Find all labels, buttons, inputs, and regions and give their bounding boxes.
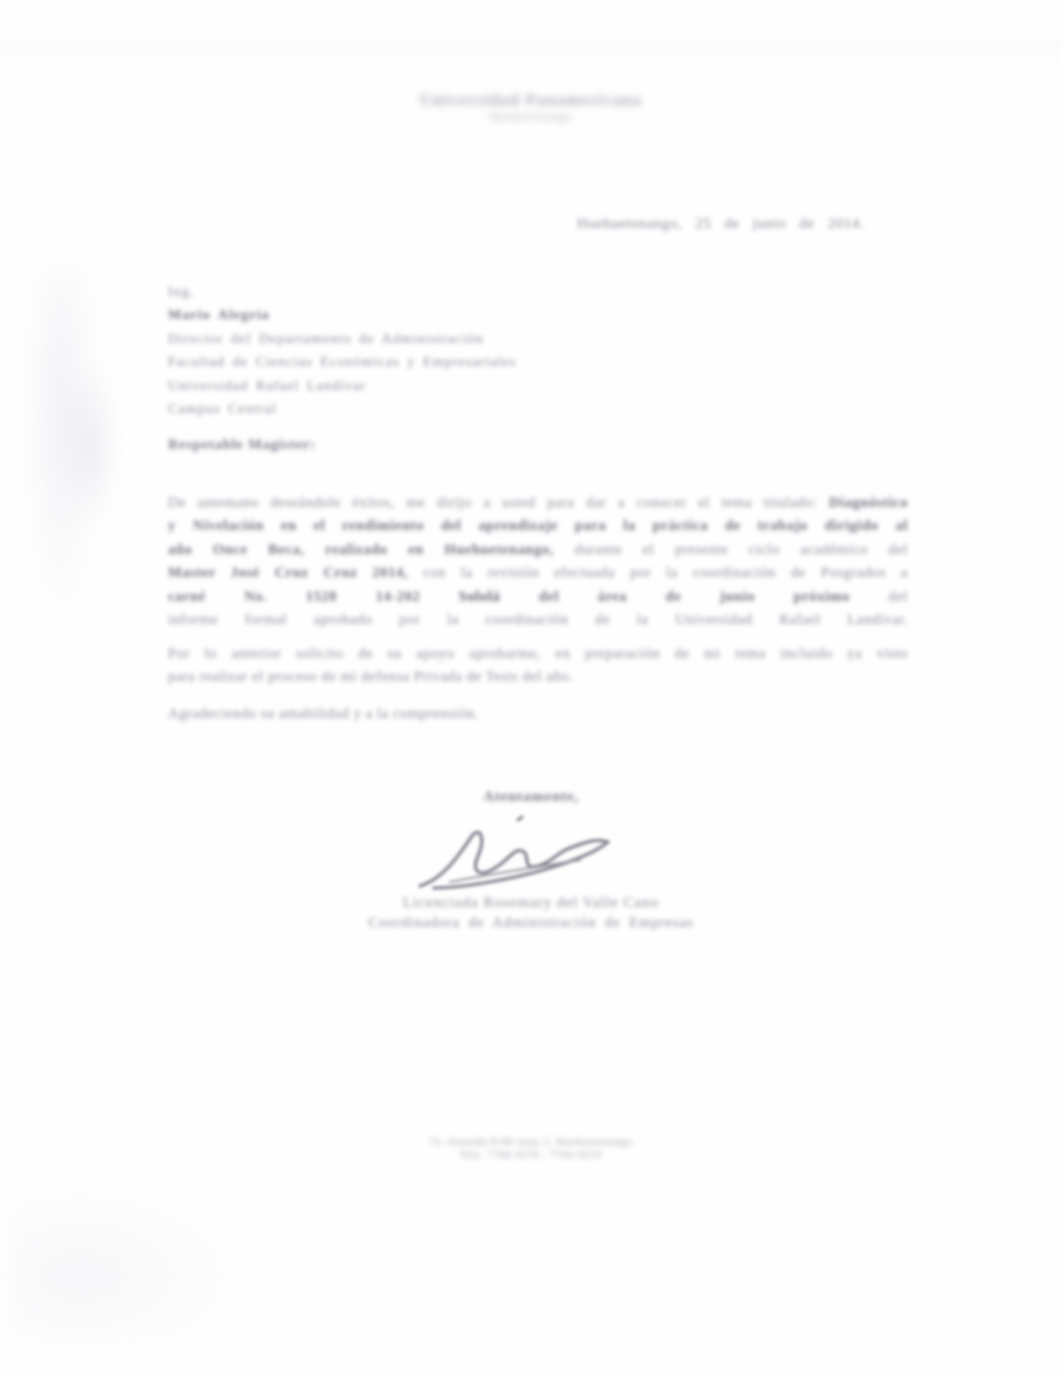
text-segment: informe formal aprobado por la coordinac…	[168, 612, 908, 628]
letterhead-line1: Universidad Panamericana	[0, 92, 1062, 110]
body-paragraph-2: Por lo anterior solicito de su apoyo apr…	[168, 643, 908, 690]
text-segment: Master José Cruz Cruz 2014,	[168, 565, 408, 581]
text-segment: del área	[500, 589, 627, 605]
text-line: Por lo anterior solicito de su apoyo apr…	[168, 643, 908, 666]
salutation: Respetable Magister:	[168, 437, 316, 454]
text-segment: con la revisión efectuada por la coordin…	[408, 565, 908, 581]
text-line: Mario Alegría	[168, 306, 688, 329]
signer-name: Licenciada Rosemary del Valle Cano	[0, 895, 1062, 912]
date-line: Huehuetenango, 25 de junio de 2014.	[577, 216, 917, 233]
body-paragraph-1: De antemano deseándole éxitos, me dirijo…	[168, 492, 908, 632]
letterhead-line2: Huehuetenango	[0, 110, 1062, 124]
text-line: Campus Central	[168, 400, 688, 423]
recipient-block: Ing.Mario AlegríaDirector del Departamen…	[168, 283, 688, 423]
text-segment: Mario Alegría	[168, 308, 270, 323]
text-segment: Sololá	[420, 589, 500, 605]
signer-title: Coordinadora de Administración de Empres…	[0, 915, 1062, 932]
text-segment: para realizar el proceso de mi defensa P…	[168, 669, 573, 685]
text-segment: y Nivelación en el rendimiento del apren…	[168, 518, 908, 534]
text-segment: durante el presente ciclo académico del	[554, 542, 908, 558]
text-line: año Once Beca, realizado en Huehuetenang…	[168, 539, 908, 562]
text-segment: De antemano deseándole éxitos, me dirijo…	[168, 495, 817, 511]
scan-smudge	[10, 1180, 250, 1340]
scan-smudge	[22, 270, 102, 630]
text-line: Director del Departamento de Administrac…	[168, 330, 688, 353]
text-segment: 14-202	[337, 589, 420, 605]
text-line: Facultad de Ciencias Económicas y Empres…	[168, 353, 688, 376]
text-segment: Diagnóstico	[817, 495, 908, 511]
text-line: Ing.	[168, 283, 688, 306]
text-line: informe formal aprobado por la coordinac…	[168, 609, 908, 632]
footer-line1: 7a. Avenida 8-68 zona 2, Huehuetenango	[0, 1136, 1062, 1149]
scan-smudge	[62, 360, 122, 530]
text-segment: No. 1528	[206, 589, 338, 605]
text-segment: Por lo anterior solicito de su apoyo apr…	[168, 646, 908, 662]
text-segment: próximo	[755, 589, 850, 605]
text-line: carné No. 1528 14-202 Sololá del área de…	[168, 586, 908, 609]
closing-line: Agradeciendo su amabilidad y a la compre…	[168, 706, 768, 723]
text-segment: año Once Beca, realizado en Huehuetenang…	[168, 542, 554, 558]
signature-icon	[390, 808, 670, 908]
footer-address: 7a. Avenida 8-68 zona 2, Huehuetenango T…	[0, 1136, 1062, 1162]
scan-smudge	[0, 40, 1062, 66]
text-line: Universidad Rafael Landívar	[168, 377, 688, 400]
letterhead: Universidad Panamericana Huehuetenango	[0, 92, 1062, 124]
valediction: Atentamente,	[0, 789, 1062, 806]
text-line: Master José Cruz Cruz 2014, con la revis…	[168, 562, 908, 585]
footer-line2: Tels. 7764 4578 - 7764 0219	[0, 1149, 1062, 1162]
text-segment: de junio	[627, 589, 755, 605]
text-segment: del	[850, 589, 908, 605]
text-line: De antemano deseándole éxitos, me dirijo…	[168, 492, 908, 515]
text-line: y Nivelación en el rendimiento del apren…	[168, 515, 908, 538]
text-segment: Ing.	[168, 285, 195, 300]
handwritten-signature	[390, 808, 670, 908]
scanned-letter-page: Universidad Panamericana Huehuetenango H…	[0, 0, 1062, 1376]
text-line: para realizar el proceso de mi defensa P…	[168, 666, 908, 689]
text-segment: carné	[168, 589, 206, 605]
